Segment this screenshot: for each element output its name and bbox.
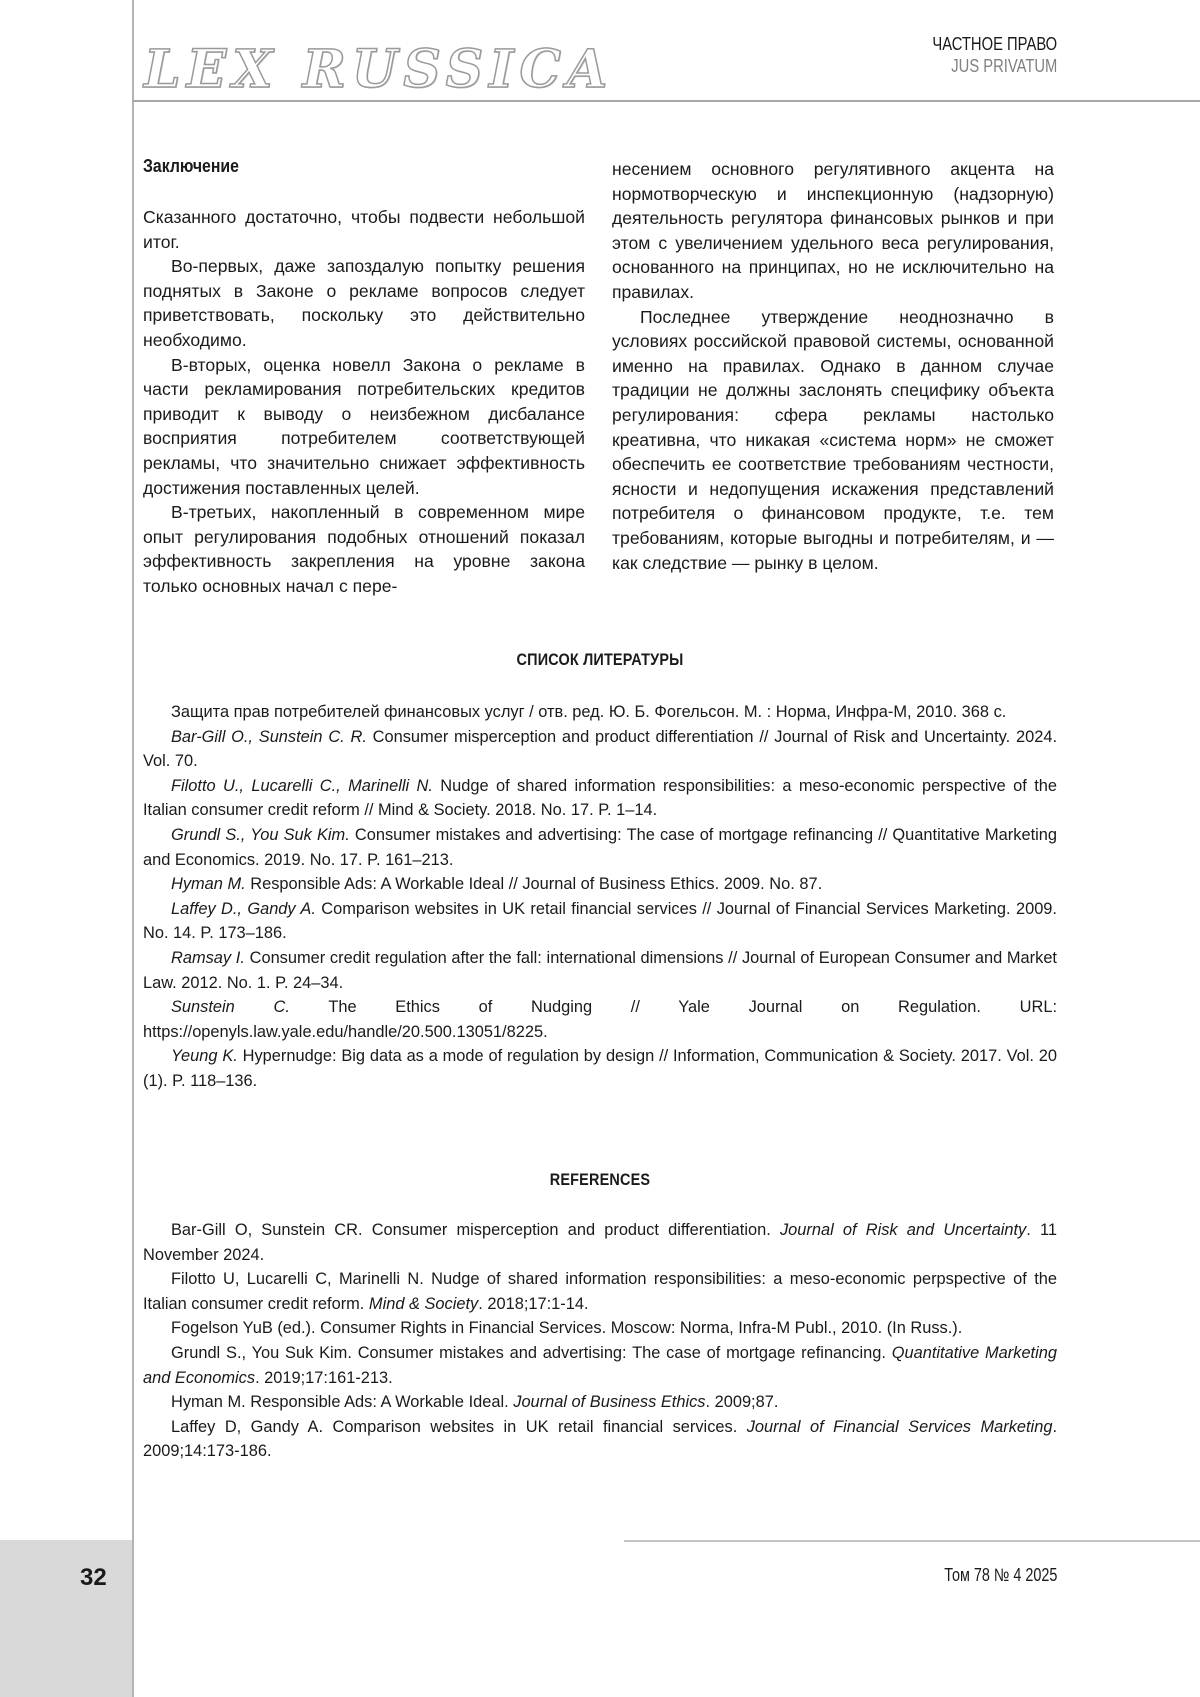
bibliography-ru-list: Защита прав потребителей финансовых услу… bbox=[143, 700, 1057, 1094]
entry-journal: Journal of Business Ethics bbox=[513, 1393, 705, 1411]
left-margin-rule bbox=[132, 0, 134, 1697]
entry-journal: Journal of Risk and Uncertainty bbox=[780, 1221, 1026, 1239]
paragraph: несением основного регулятивного акцента… bbox=[612, 157, 1054, 305]
paragraph: В-третьих, накопленный в современном мир… bbox=[143, 500, 585, 598]
bibliography-entry: Filotto U., Lucarelli C., Marinelli N. N… bbox=[143, 774, 1057, 823]
bibliography-entry: Laffey D., Gandy A. Comparison websites … bbox=[143, 897, 1057, 946]
paragraph: Последнее утверждение неоднозначно в усл… bbox=[612, 305, 1054, 576]
entry-authors: Sunstein C. bbox=[171, 998, 290, 1016]
bibliography-entry: Sunstein C. The Ethics of Nudging // Yal… bbox=[143, 995, 1057, 1044]
references-en-title: REFERENCES bbox=[212, 1170, 989, 1190]
entry-authors: Bar-Gill O., Sunstein C. R. bbox=[171, 728, 367, 746]
entry-authors: Laffey D., Gandy A. bbox=[171, 900, 316, 918]
paragraph: В-вторых, оценка новелл Закона о рекламе… bbox=[143, 353, 585, 501]
reference-entry: Bar-Gill O, Sunstein CR. Consumer misper… bbox=[143, 1218, 1057, 1267]
section-title-en: JUS PRIVATUM bbox=[951, 56, 1057, 77]
journal-logo: LEX RUSSICA bbox=[144, 44, 613, 96]
paragraph: Сказанного достаточно, чтобы подвести не… bbox=[143, 205, 585, 254]
bibliography-entry: Yeung K. Hypernudge: Big data as a mode … bbox=[143, 1044, 1057, 1093]
text-column-right: несением основного регулятивного акцента… bbox=[612, 157, 1054, 575]
entry-authors: Grundl S., You Suk Kim. bbox=[171, 826, 350, 844]
issue-info: Том 78 № 4 2025 bbox=[944, 1565, 1057, 1586]
header-rule bbox=[133, 100, 1200, 102]
reference-entry: Grundl S., You Suk Kim. Consumer mistake… bbox=[143, 1341, 1057, 1390]
conclusion-heading: Заключение bbox=[143, 154, 532, 178]
reference-entry: Filotto U, Lucarelli C, Marinelli N. Nud… bbox=[143, 1267, 1057, 1316]
bibliography-ru-title: СПИСОК ЛИТЕРАТУРЫ bbox=[212, 650, 989, 670]
reference-entry: Laffey D, Gandy A. Comparison websites i… bbox=[143, 1415, 1057, 1464]
reference-entry: Fogelson YuB (ed.). Consumer Rights in F… bbox=[143, 1316, 1057, 1341]
bibliography-entry: Bar-Gill O., Sunstein C. R. Consumer mis… bbox=[143, 725, 1057, 774]
bibliography-entry: Hyman M. Responsible Ads: A Workable Ide… bbox=[143, 872, 1057, 897]
entry-authors: Ramsay I. bbox=[171, 949, 245, 967]
entry-authors: Filotto U., Lucarelli C., Marinelli N. bbox=[171, 777, 433, 795]
reference-entry: Hyman M. Responsible Ads: A Workable Ide… bbox=[143, 1390, 1057, 1415]
bibliography-entry: Grundl S., You Suk Kim. Consumer mistake… bbox=[143, 823, 1057, 872]
section-title-ru: ЧАСТНОЕ ПРАВО bbox=[932, 34, 1057, 55]
page-number: 32 bbox=[80, 1564, 107, 1592]
footer-rule bbox=[624, 1540, 1200, 1542]
bibliography-entry: Защита прав потребителей финансовых услу… bbox=[143, 700, 1057, 725]
bibliography-entry: Ramsay I. Consumer credit regulation aft… bbox=[143, 946, 1057, 995]
entry-journal: Quantitative Marketing and Economics bbox=[143, 1344, 1057, 1387]
page-number-box bbox=[0, 1540, 132, 1697]
entry-authors: Yeung K. bbox=[171, 1047, 238, 1065]
entry-authors: Hyman M. bbox=[171, 875, 246, 893]
entry-journal: Journal of Financial Services Marketing bbox=[747, 1418, 1053, 1436]
paragraph: Во-первых, даже запоздалую попытку решен… bbox=[143, 254, 585, 352]
references-en-list: Bar-Gill O, Sunstein CR. Consumer misper… bbox=[143, 1218, 1057, 1464]
text-column-left: Заключение Сказанного достаточно, чтобы … bbox=[143, 154, 585, 599]
entry-journal: Mind & Society bbox=[369, 1295, 478, 1313]
